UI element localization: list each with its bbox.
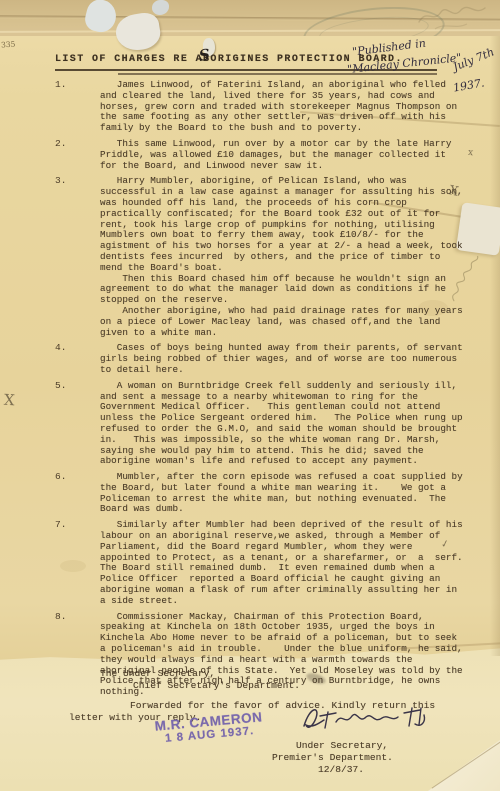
item-number: 7. [55, 520, 100, 606]
charge-item-1: 1. James Linwood, of Faterini Island, an… [55, 80, 467, 134]
signoff-title: Under Secretary, [296, 740, 388, 751]
archive-number: 335 [1, 40, 16, 50]
signature-icon [298, 700, 438, 742]
charge-item-2: 2. This same Linwood, run over by a moto… [55, 139, 467, 171]
item-number: 6. [55, 472, 100, 515]
item-text: Similarly after Mumbler had been deprive… [100, 520, 467, 606]
scanned-letter-page: 335 LIST OF CHARGES RE ABORIGINES PROTEC… [0, 0, 500, 791]
item-text: Harry Mumbler, aborigine, of Pelican Isl… [100, 176, 467, 338]
pencil-scribble-icon [415, 2, 495, 32]
item-text: A woman on Burntbridge Creek fell sudden… [100, 381, 467, 467]
item-number: 4. [55, 343, 100, 375]
charge-item-4: 4. Cases of boys being hunted away from … [55, 343, 467, 375]
charge-list: 1. James Linwood, of Faterini Island, an… [55, 80, 467, 703]
item-number: 1. [55, 80, 100, 134]
sheet-edge-shade [490, 36, 500, 656]
charge-item-3: 3. Harry Mumbler, aborigine, of Pelican … [55, 176, 467, 338]
addressee-line: The Under Secretary, [100, 668, 215, 679]
item-text: Mumbler, after the corn episode was refu… [100, 472, 467, 515]
charge-item-5: 5. A woman on Burntbridge Creek fell sud… [55, 381, 467, 467]
title-underline [118, 73, 437, 75]
item-number: 8. [55, 612, 100, 698]
handwritten-s-correction: S [198, 45, 211, 64]
addressee-line: Chief Secretary's Department. [133, 680, 300, 691]
signoff-department: Premier's Department. [272, 752, 393, 763]
signoff-date: 12/8/37. [318, 764, 364, 775]
item-number: 5. [55, 381, 100, 467]
item-text: Cases of boys being hunted away from the… [100, 343, 467, 375]
pencil-cross-mark: X [3, 391, 15, 410]
item-number: 3. [55, 176, 100, 338]
item-text: James Linwood, of Faterini Island, an ab… [100, 80, 467, 134]
item-number: 2. [55, 139, 100, 171]
charge-item-7: 7. Similarly after Mumbler had been depr… [55, 520, 467, 606]
charge-item-6: 6. Mumbler, after the corn episode was r… [55, 472, 467, 515]
item-text: This same Linwood, run over by a motor c… [100, 139, 467, 171]
